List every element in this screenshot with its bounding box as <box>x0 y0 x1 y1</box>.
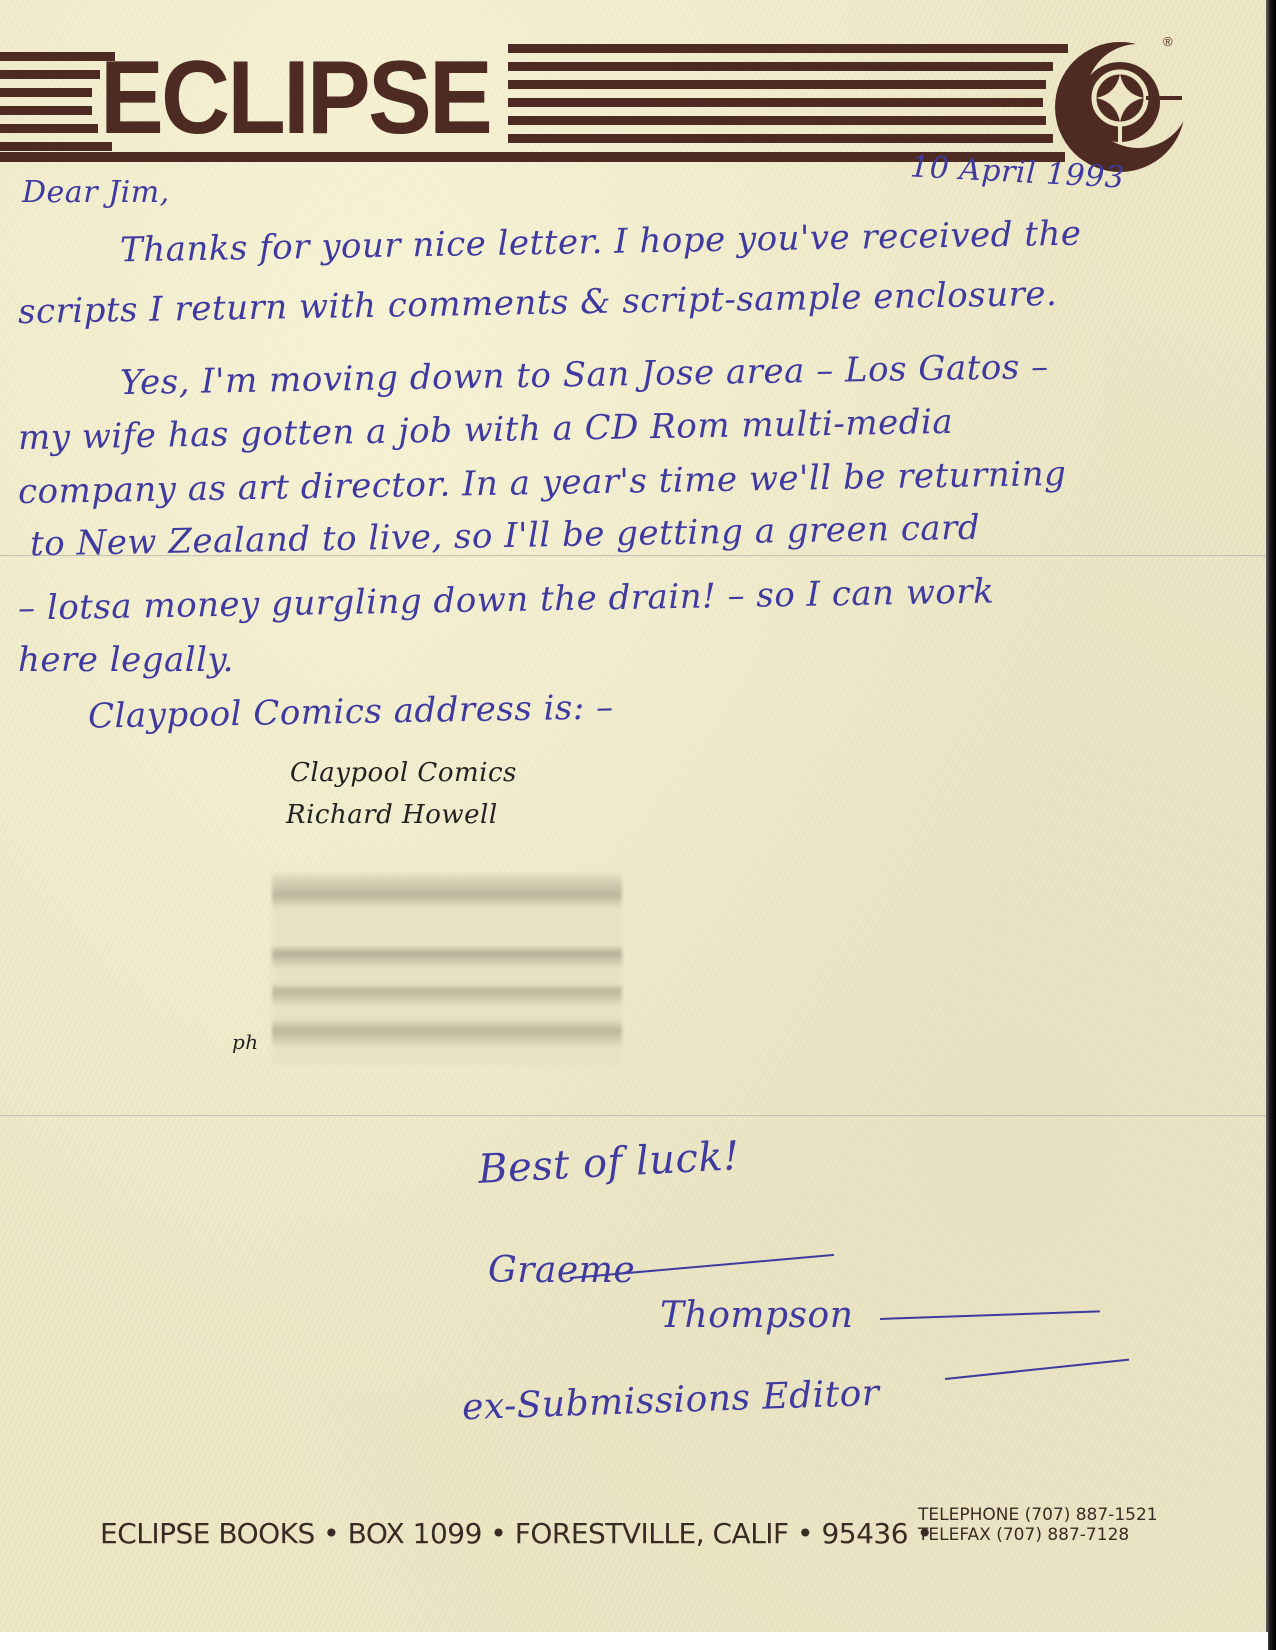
redacted-address-block <box>272 873 622 1065</box>
letterhead-stripe <box>0 70 100 79</box>
letterhead: ECLIPSE ® <box>0 40 1266 170</box>
letterhead-stripe <box>508 116 1046 125</box>
scan-margin <box>0 1632 1268 1650</box>
signature-first-name: Graeme <box>488 1250 635 1291</box>
letterhead-stripe <box>0 142 112 151</box>
footer-contact: TELEPHONE (707) 887-1521 TELEFAX (707) 8… <box>918 1505 1158 1545</box>
footer-address: ECLIPSE BOOKS • BOX 1099 • FORESTVILLE, … <box>100 1517 932 1550</box>
footer-telephone: TELEPHONE (707) 887-1521 <box>918 1505 1158 1525</box>
letter-body-line: here legally. <box>18 640 234 680</box>
scan-edge <box>1266 0 1276 1650</box>
letterhead-stripe <box>0 88 92 97</box>
letterhead-stripe <box>508 98 1043 107</box>
address-contact-name: Richard Howell <box>286 800 498 830</box>
letterhead-stripe <box>0 106 92 115</box>
letterhead-stripe <box>508 80 1046 89</box>
letterhead-stripe <box>0 52 115 61</box>
address-company: Claypool Comics <box>290 758 517 788</box>
phone-label: ph <box>232 1030 259 1054</box>
letterhead-stripe <box>508 62 1053 71</box>
signature-last-name: Thompson <box>660 1295 853 1336</box>
letterhead-stripe <box>508 44 1068 53</box>
salutation: Dear Jim, <box>22 175 170 210</box>
brand-wordmark: ECLIPSE <box>100 44 490 152</box>
letterhead-stripe <box>0 124 98 133</box>
footer-telefax: TELEFAX (707) 887-7128 <box>918 1525 1158 1545</box>
paper-fold-line <box>0 1115 1266 1117</box>
letterhead-stripe <box>508 134 1053 143</box>
registered-mark: ® <box>1163 34 1173 49</box>
